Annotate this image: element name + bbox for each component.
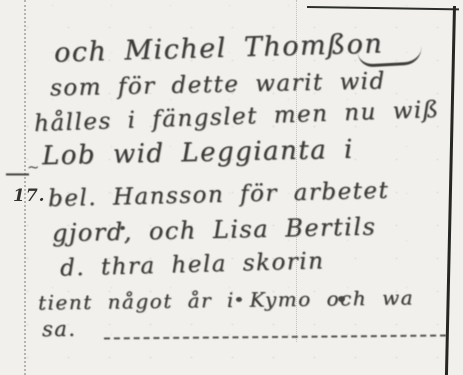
flourish-stroke (358, 46, 423, 67)
manuscript-page: —– ~ 17. och Michel Thomßon som för dett… (0, 0, 463, 375)
ink-dot (236, 297, 242, 302)
handwritten-line: gjord, och Lisa Bertils (52, 213, 377, 248)
frame-top-border (307, 6, 459, 10)
trailing-dash-rule (104, 335, 446, 340)
handwritten-line: som för dette warit wid (50, 68, 386, 101)
margin-note: 17. (13, 186, 46, 206)
handwritten-line: hålles i fängslet men nu wiß (34, 97, 440, 137)
handwritten-line: Lob wid Leggianta i (42, 135, 354, 172)
handwritten-line: sa. (42, 317, 77, 341)
ink-dot (120, 226, 125, 230)
handwritten-line: tient något år i Kymo och wa (38, 285, 414, 314)
margin-tilde-mark: ~ (27, 158, 40, 176)
frame-right-border (445, 6, 456, 375)
handwritten-line: d. thra hela skorin (60, 248, 325, 281)
handwritten-line: och Michel Thomßon (54, 28, 384, 68)
margin-dash-mark: —– (5, 163, 28, 184)
handwritten-line: bel. Hansson för arbetet (48, 178, 390, 212)
ink-dot (338, 296, 345, 302)
